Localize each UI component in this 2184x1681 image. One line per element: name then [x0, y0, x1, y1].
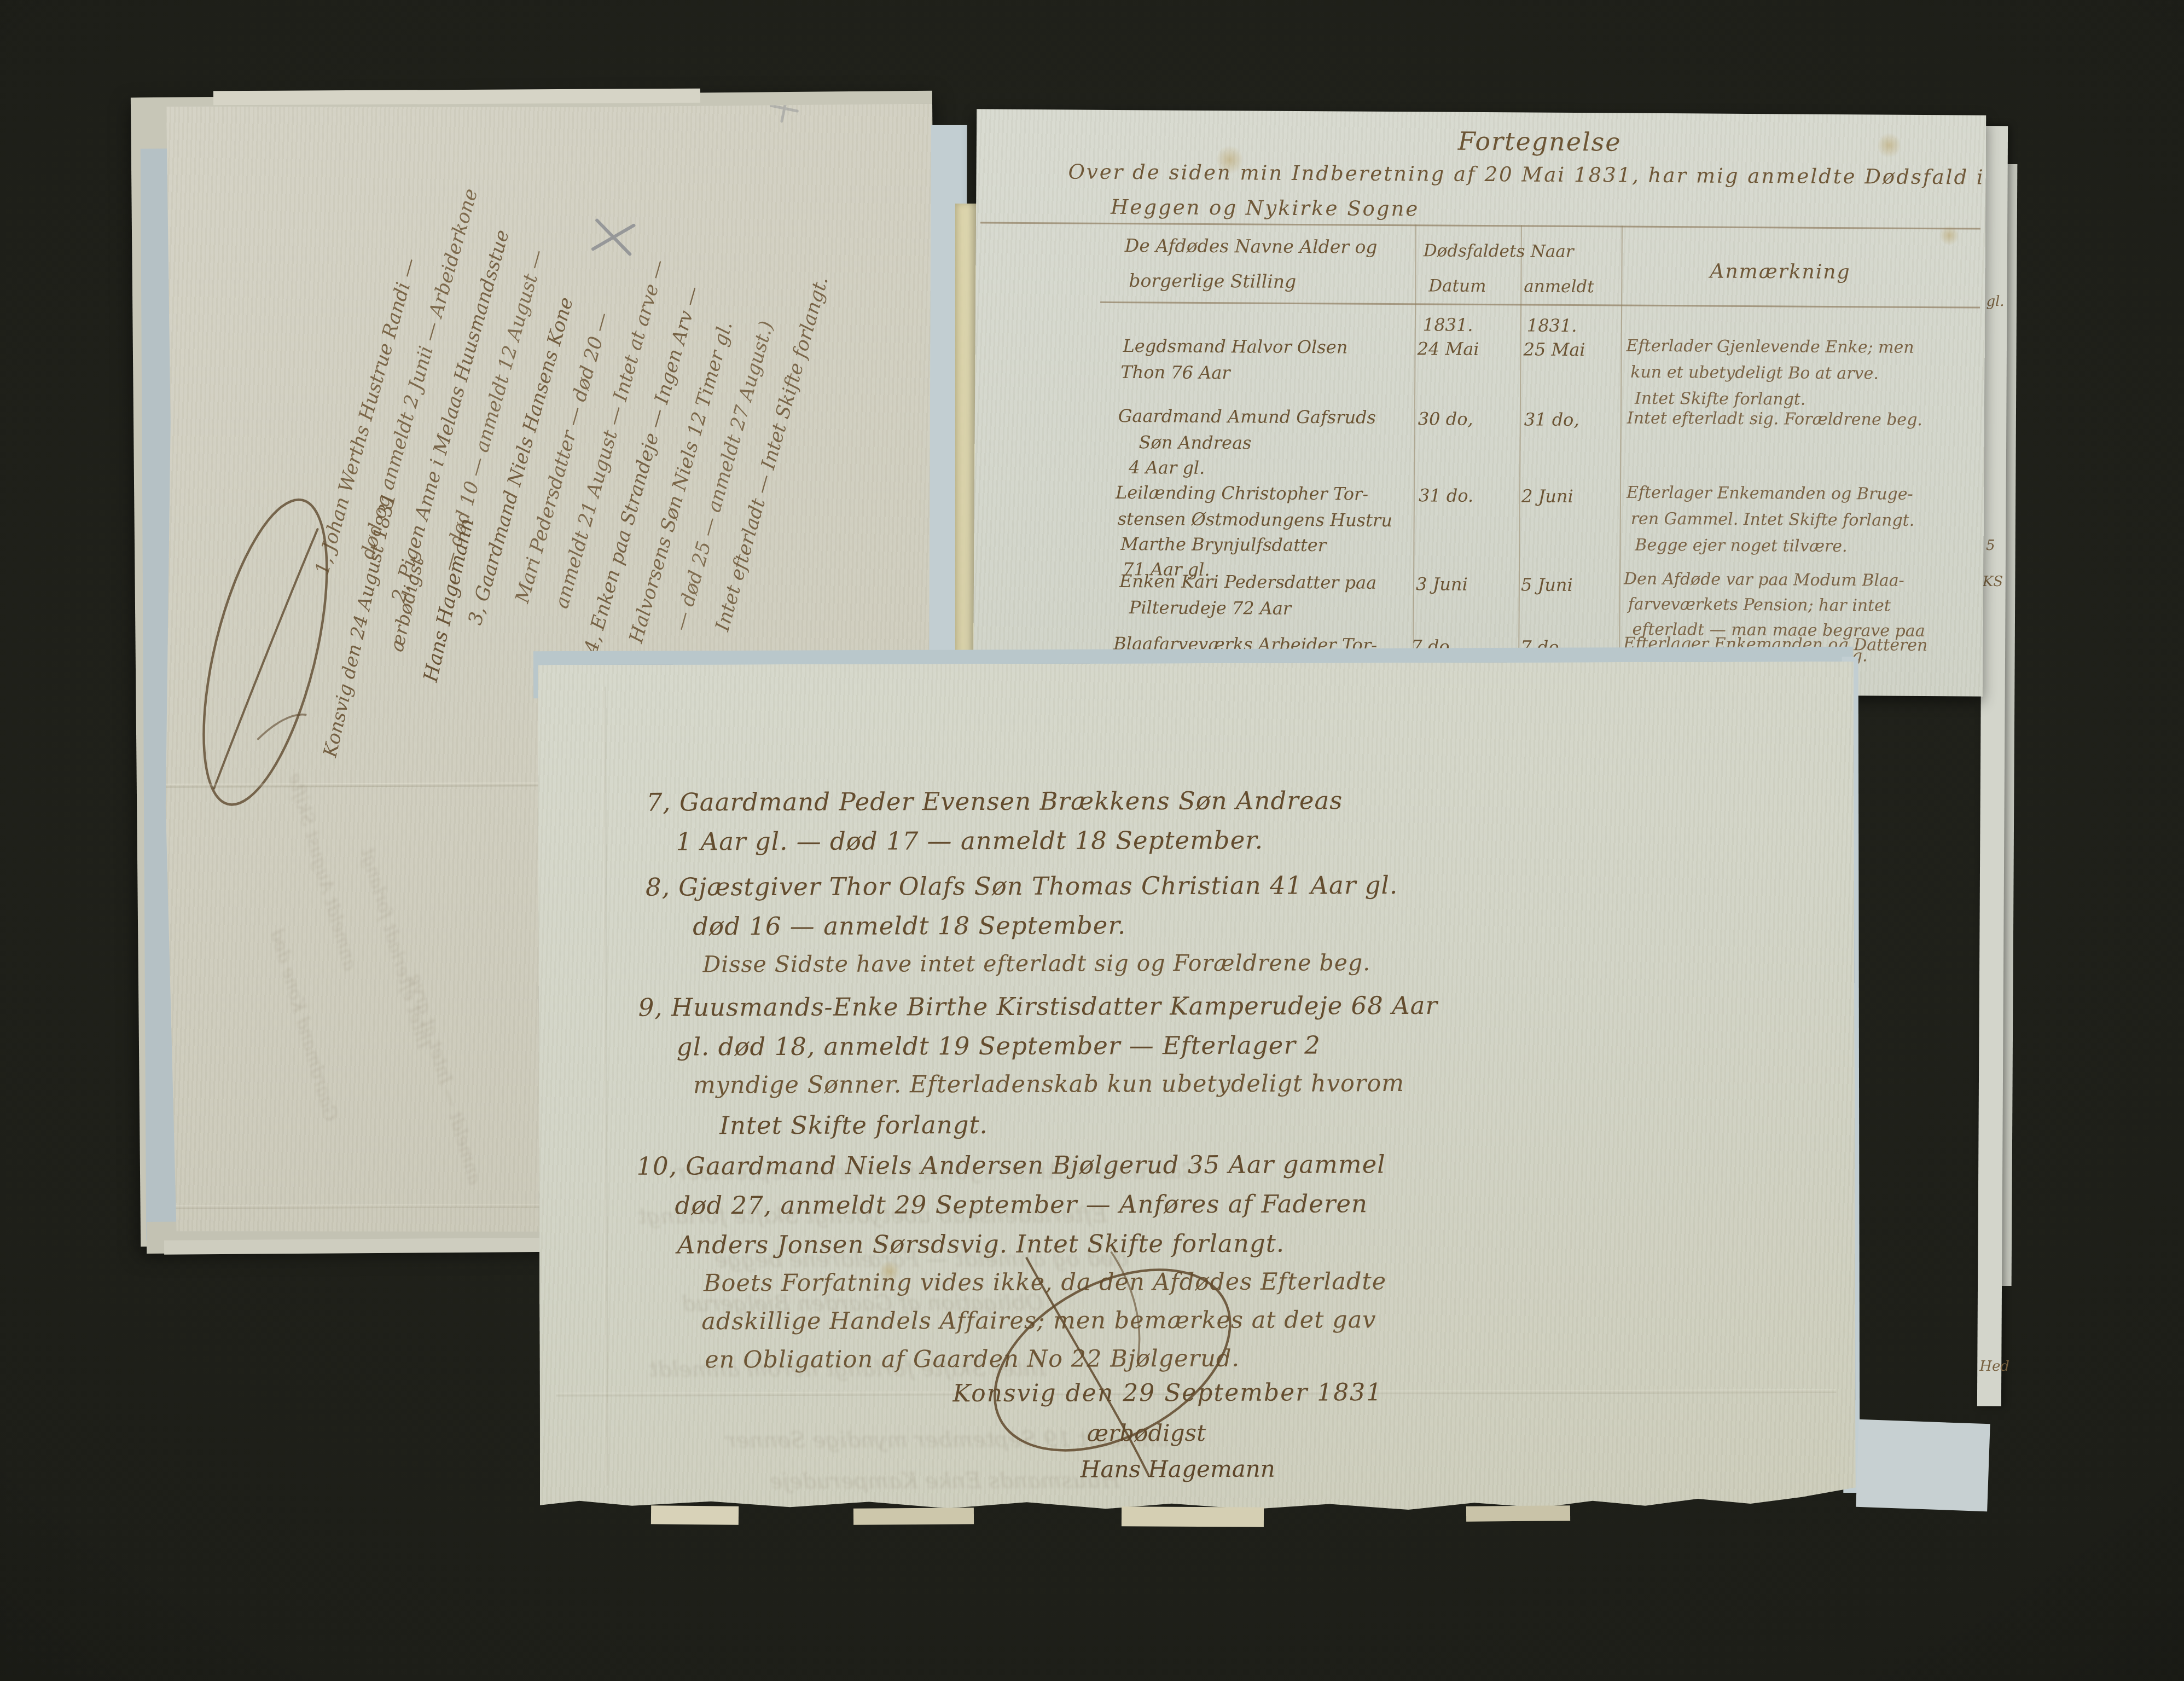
register-page: Fortegnelse Over de siden min Indberetni… [973, 109, 1986, 696]
edge-ink-fragment: KS [1983, 573, 2003, 590]
bleed-through-text: Efterladenskab ubetydeligt Skifte forlan… [638, 1202, 1107, 1228]
table-divider-1 [1413, 224, 1416, 692]
column-header-reported2: anmeldt [1524, 276, 1594, 297]
fold-crease-vertical [602, 687, 608, 1486]
row-remark: farveværkets Pension; har intet [1628, 595, 1891, 616]
row-died: 3 Juni [1416, 573, 1468, 595]
row-remark: ren Gammel. Intet Skifte forlangt. [1631, 509, 1915, 530]
bleed-through-text: Gaardmand Anders Jonsen anmeldt Septembe… [676, 1158, 1199, 1185]
signature-flourish-left [191, 482, 340, 822]
bleed-through-text: Huusmands Enke Kamperudeje [770, 1468, 1120, 1494]
column-header-remark: Anmærkning [1710, 260, 1850, 284]
row-remark: Intet Skifte forlangt. [1635, 389, 1806, 409]
row-name: Pilterudeje 72 Aar [1129, 597, 1292, 619]
table-rule-top [980, 222, 1980, 229]
row-reported: 31 do, [1524, 409, 1579, 430]
edge-ink-fragment: Hed [1979, 1358, 2009, 1375]
year-died: 1831. [1423, 314, 1473, 335]
register-subtitle-line1: Over de siden min Indberetning af 20 Mai… [1068, 160, 1984, 189]
row-remark: Efterlader Gjenlevende Enke; men [1627, 337, 1914, 357]
column-header-died: Dødsfaldets [1424, 241, 1525, 261]
column-header-died2: Datum [1428, 276, 1486, 296]
row-remark: Intet efterladt sig. Forældrene beg. [1627, 409, 1922, 430]
bleed-through-text: Obligation af Gaarden Bjølgerud [682, 1290, 1043, 1317]
row-remark: kun et ubetydeligt Bo at arve. [1630, 363, 1879, 384]
table-divider-3 [1619, 226, 1623, 693]
torn-paper-bit [853, 1508, 974, 1525]
row-died: 31 do. [1419, 485, 1473, 506]
bleed-through-text: Gaardmand Kone død [266, 926, 342, 1123]
paper-stain [1878, 131, 1900, 159]
edge-ink-fragment: 5 [1986, 537, 1995, 554]
table-rule-header [1100, 302, 1980, 309]
row-name: 4 Aar gl. [1129, 457, 1205, 478]
letter-entry-line: 8, Gjæstgiver Thor Olafs Søn Thomas Chri… [646, 871, 1398, 902]
row-reported: 25 Mai [1523, 339, 1585, 360]
torn-paper-bit [1122, 1506, 1264, 1527]
torn-paper-bit [1466, 1505, 1570, 1522]
row-died: 30 do, [1418, 408, 1473, 430]
letter-entry-line: 7, Gaardmand Peder Evensen Brækkens Søn … [647, 786, 1343, 816]
register-subtitle-line2: Heggen og Nykirke Sogne [1111, 195, 1419, 221]
letter-entry-line: 1 Aar gl. — død 17 — anmeldt 18 Septembe… [676, 826, 1263, 856]
archive-scan-stage: 1, Johan Werths Hustrue Randi — død og a… [0, 0, 2184, 1681]
column-header-reported: Naar [1531, 242, 1574, 262]
bleed-through-text: død og anmeldt — Forældrene begge [715, 1246, 1128, 1272]
row-reported: 2 Juni [1521, 485, 1573, 507]
left-stack-top-edge-strip [213, 89, 700, 106]
row-remark: Begge ejer noget tilvære. [1635, 536, 1847, 556]
letter-entry-line: Disse Sidste have intet efterladt sig og… [702, 949, 1370, 977]
bleed-through-text: Intet Skifte forlangt herom anmeldt [649, 1356, 1046, 1382]
column-header-names: De Afdødes Navne Alder og [1125, 235, 1378, 258]
row-name: Søn Andreas [1139, 432, 1251, 453]
letter-page: 7, Gaardmand Peder Evensen Brækkens Søn … [538, 662, 1856, 1512]
row-name: Thon 76 Aar [1120, 362, 1230, 383]
row-remark: Den Afdøde var paa Modum Blaa- [1624, 570, 1904, 590]
row-reported: 5 Juni [1521, 574, 1573, 595]
table-divider-2 [1518, 225, 1522, 692]
closing-salute: ærbødigst [386, 555, 428, 653]
letter-entry-line: myndige Sønner. Efterladenskab kun ubety… [693, 1070, 1404, 1099]
row-remark: Efterlager Enkemanden og Bruge- [1627, 483, 1913, 504]
row-name: stensen Østmodungens Hustru [1118, 508, 1392, 531]
row-died: 24 Mai [1417, 338, 1479, 360]
row-name: Marthe Brynjulfsdatter [1120, 534, 1326, 555]
letter-entry-line: død 16 — anmeldt 18 September. [693, 911, 1126, 941]
bleed-through-text: anmeldt — Intet at arve [405, 971, 486, 1187]
letter-entry-line: gl. død 18, anmeldt 19 September — Efter… [677, 1030, 1321, 1061]
torn-paper-bit [651, 1505, 739, 1525]
row-name: Enken Kari Pedersdatter paa [1119, 571, 1376, 593]
letter-entry-line: Intet Skifte forlangt. [719, 1110, 988, 1140]
column-header-names2: borgerlige Stilling [1129, 270, 1296, 292]
edge-ink-fragment: gl. [1986, 293, 2004, 310]
row-name: Legdsmand Halvor Olsen [1123, 335, 1348, 358]
row-name: Leilænding Christopher Tor- [1116, 482, 1368, 505]
year-reported: 1831. [1527, 315, 1577, 337]
signature-text: Hans Hagemann [420, 516, 479, 684]
row-name: Gaardmand Amund Gafsruds [1118, 405, 1376, 428]
letter-corner-sheet [1856, 1419, 1990, 1511]
letter-entry-line: 9, Huusmands-Enke Birthe Kirstisdatter K… [638, 991, 1438, 1022]
register-title: Fortegnelse [1458, 126, 1622, 157]
bleed-through-text: anmeldt 19 September myndige Sønner [726, 1427, 1169, 1453]
